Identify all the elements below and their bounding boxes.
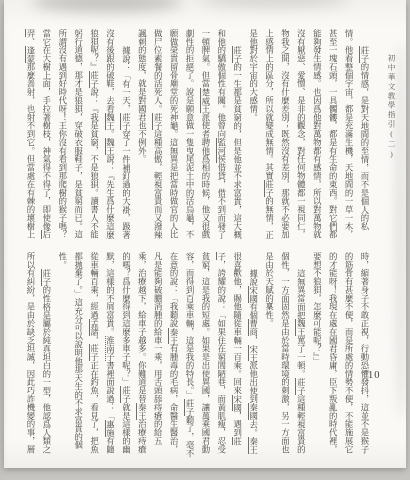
text-run: 書裡面說過：「 [106,361,115,420]
text-run: 那麼善射，也射不到它。但當處在有棘的壞樹上 [26,63,35,239]
text-run: 。 [106,130,115,138]
scan-smudge-top-right [199,0,349,7]
book-title: 淮南子 [105,336,115,361]
proper-name: 莊子 [264,180,274,197]
proper-name: 逢蒙 [25,46,35,63]
text-run: 很喜歡他，賜他隨從車輛一百乘。回來 [233,252,242,395]
proper-name: 宋國 [232,395,242,412]
proper-name: 莊子 [41,269,51,286]
text-run: 有個 [249,303,258,320]
scan-smudge-top-left [32,0,182,12]
paragraph: 這無異當面把魏王罵了一頓。莊子這種輕視富貴的個性，一方面固然是由於當時環境的刺激… [261,252,309,461]
proper-name: 莊子 [89,344,99,361]
text-run: 派他出使到 [249,361,258,403]
proper-name: 惠施 [105,420,115,437]
text-run: 去。 [249,420,258,437]
proper-name: 莊子 [120,113,130,130]
proper-name: 魏王 [105,113,115,130]
proper-name: 莊子 [89,71,99,88]
scanned-page: 初中華文教學指引(二) 莊子的情感，是對天地間的至情，而不是個人的私情。他看整個… [4,0,406,468]
proper-name: 莊子 [120,386,130,403]
paragraph: 莊子的性格是屬於純真坦白的一型，他認爲人類之所以有糾紛，是由於缺乏坦誠，因此巧詐… [22,252,54,461]
text-run: 這無異當面把 [296,269,305,319]
text-run: 、 [26,37,35,45]
proper-name: 莊子 [295,378,305,395]
proper-name: 楚威王 [200,88,210,113]
proper-name: 莊子 [152,113,162,130]
proper-name: 秦國 [248,403,258,420]
proper-name: 秦王 [168,328,178,345]
text-run: ，遇到 [233,411,242,436]
proper-name: 魏王 [295,319,305,336]
proper-name: 曹商 [248,319,258,336]
paragraph: 莊子的一生都是貧窮的，但是他並不求富貴，這大概和他的驕傲個性有關。他曾向監河侯借… [133,29,244,241]
text-run: 的情感，是對天地間的至情，而不是個人的私情。他看整個宇宙，都是充滿生機，天地間的… [265,29,369,239]
paragraph: 據說：「有一天，莊子穿了一件補釘過的大褂，趿著沒有後跟的破鞋，去看魏王。魏王說：… [22,29,133,241]
proper-name: 宋國 [248,286,258,303]
proper-name: 魏王 [105,138,115,155]
text-run: ， [249,336,258,344]
paragraph: 莊子的情感，是對天地間的至情，而不是個人的私情。他看整個宇宙，都是充滿生機，天地… [245,29,372,241]
text-run: 據說 [249,269,258,286]
proper-name: 秦王 [136,403,146,420]
proper-name: 莊子 [359,46,369,63]
text-run: 據說：「有一天， [121,46,130,113]
paragraph: 時，縮著身子不敢正視，行動恐懼發抖，這並不是猴子的筋骨有甚麼不便，而是所處的情勢… [308,252,372,461]
paragraph: 據說宋國有個曹商，宋王派他出使到秦國去。秦王很喜歡他，賜他隨從車輛一百乘。回來宋… [54,252,261,461]
proper-name: 宋王 [248,345,258,362]
text-band-bottom: 時，縮著身子不敢正視，行動恐懼發抖，這並不是猴子的筋骨有甚麼不便，而是所處的情勢… [22,252,372,461]
proper-name: 莊子 [232,46,242,63]
text-band-top: 莊子的情感，是對天地間的至情，而不是個人的私情。他看整個宇宙，都是充滿生機，天地… [22,29,372,241]
text-run: 時，縮著身子不敢正視，行動恐懼發抖，這並不是猴子的筋骨有甚麼不便，而是所處的情勢… [312,252,369,453]
proper-name: 秦王 [248,437,258,454]
proper-name: 孟諸 [89,319,99,336]
text-run: 罵了一頓。 [296,336,305,378]
page-number: 10 [368,370,381,381]
running-head: 初中華文教學指引(二) [386,54,397,174]
proper-name: 監河侯 [216,138,226,163]
proper-name: 莊子 [184,399,194,416]
